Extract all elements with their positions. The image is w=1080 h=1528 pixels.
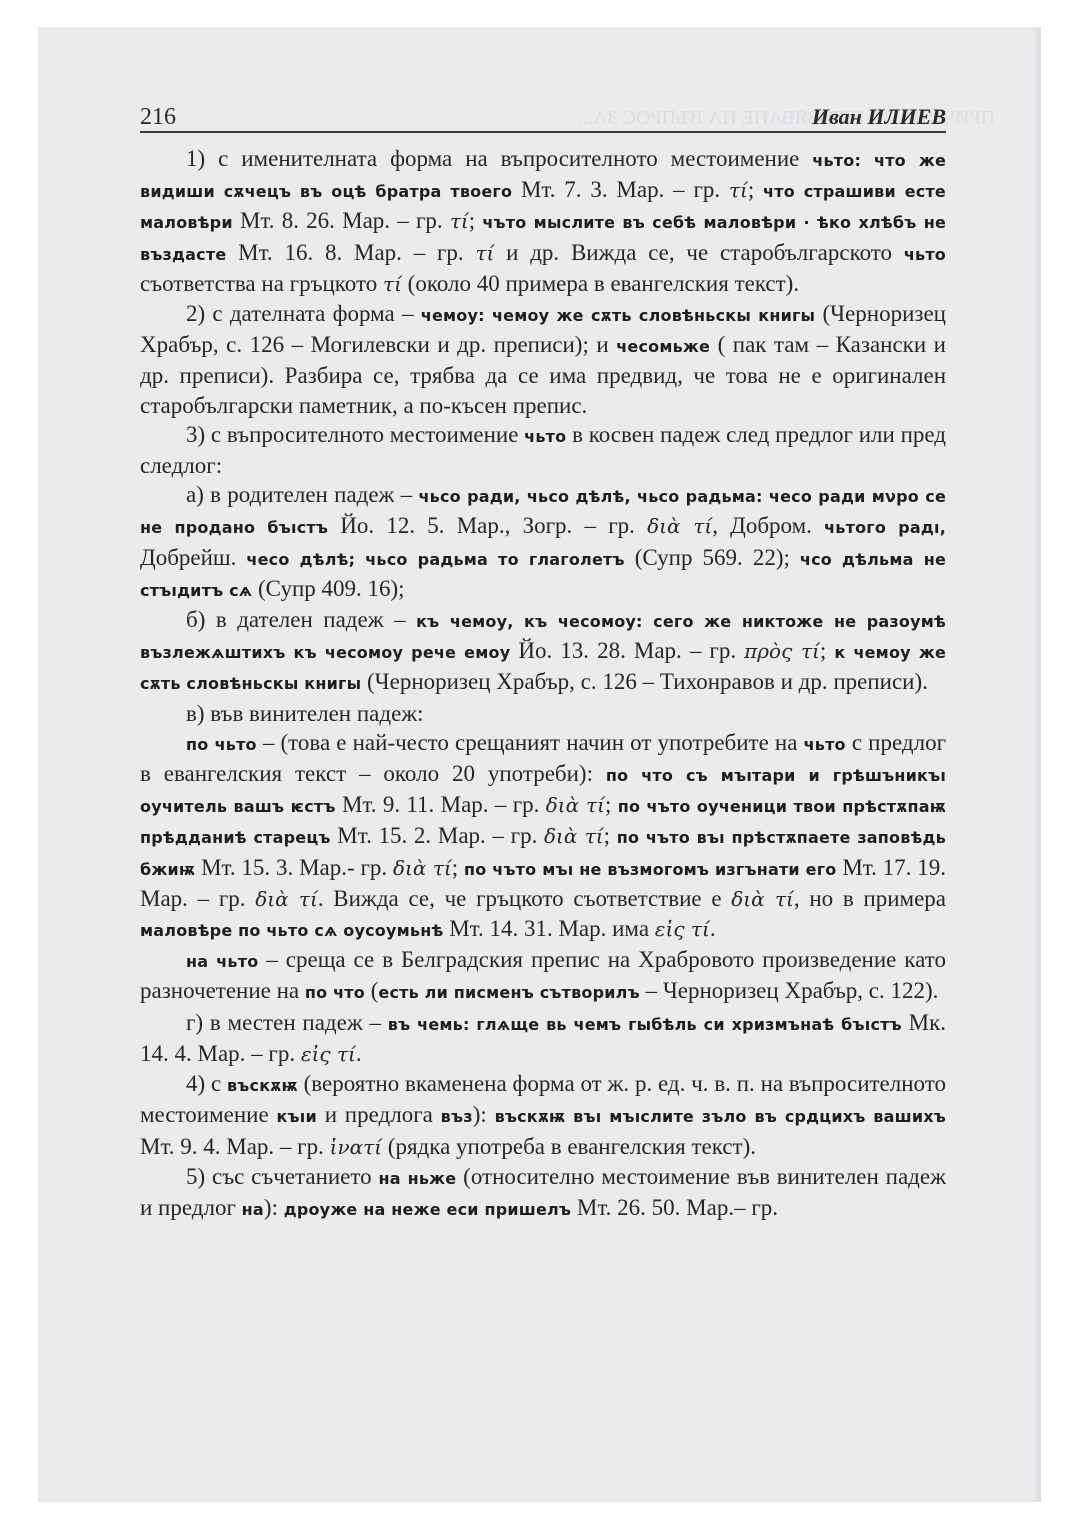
text-run: (рядка употреба в евангелския текст).: [382, 1134, 756, 1159]
old-bulgarian-quote: чемоу: чемоу же сѫть словѣньскы книгы: [421, 306, 815, 325]
text-run: Мт. 15. 3. Мар.- гр.: [195, 855, 393, 880]
text-run: 2) с дателната форма –: [186, 301, 421, 326]
page-number: 216: [140, 105, 176, 129]
greek-term: διὰ τί: [731, 887, 794, 911]
old-bulgarian-quote: по чьто: [186, 735, 257, 754]
text-run: б) в дателен падеж –: [186, 607, 416, 632]
greek-term: διὰ τί: [546, 793, 605, 817]
text-run: 1) с именителната форма на въпросителнот…: [186, 146, 812, 171]
greek-term: διὰ τί: [255, 887, 318, 911]
paragraph-3c: в) във винителен падеж:: [140, 699, 946, 728]
text-run: . Вижда се, че гръцкото съответствие е: [318, 886, 731, 911]
greek-term: τί: [450, 209, 469, 233]
text-run: Мт. 16. 8. Мар. – гр.: [226, 240, 475, 265]
text-run: Йо. 12. 5. Мар., Зогр. – гр.: [328, 513, 647, 538]
old-bulgarian-quote: есть ли писменъ сътворилъ: [378, 983, 639, 1002]
text-run: (Супр 409. 16);: [252, 576, 404, 601]
old-bulgarian-quote: въ чемь: глѧще вь чемъ гыбѣль си хризмън…: [388, 1015, 902, 1034]
text-run: Мт. 26. 50. Мар.– гр.: [571, 1195, 778, 1220]
text-run: ;: [452, 855, 464, 880]
author-name: Иван ИЛИЕВ: [812, 106, 946, 128]
old-bulgarian-quote: чесо дѣлѣ; чьсо радьма то глаголетъ: [246, 550, 624, 569]
text-run: ;: [469, 208, 483, 233]
old-bulgarian-quote: на чьто: [186, 952, 258, 971]
greek-term: εἰς τί: [655, 917, 710, 941]
text-run: в) във винителен падеж:: [186, 701, 424, 726]
text-run: – Черно­ризец Храбър, с. 122).: [640, 978, 939, 1003]
greek-term: διὰ τί: [393, 856, 452, 880]
old-bulgarian-quote: чьто:: [812, 151, 861, 170]
text-run: ):: [473, 1102, 495, 1127]
old-bulgarian-quote: маловѣре по чьто сѧ оусоумьнѣ: [140, 921, 443, 940]
text-run: Мт. 15. 2. Мар. – гр.: [331, 823, 544, 848]
text-run: Мт. 14. 31. Мар. има: [443, 916, 654, 941]
greek-term: διὰ τί: [544, 824, 604, 848]
paragraph-3c-po-chto: по чьто – (това е най-често срещаният на…: [140, 728, 946, 945]
old-bulgarian-quote: чьтого радı,: [824, 518, 946, 537]
running-head: 216 Иван ИЛИЕВ: [140, 101, 946, 133]
greek-term: εἰς τί: [301, 1042, 356, 1066]
text-run: ;: [605, 792, 618, 817]
body-text: 1) с именителната форма на въпросителнот…: [140, 144, 946, 1224]
text-run: Йо. 13. 28. Мар. – гр.: [510, 638, 744, 663]
greek-term: τί: [729, 178, 748, 202]
old-bulgarian-quote: чьто: [904, 245, 946, 264]
old-bulgarian-quote: въскѫѭ: [227, 1076, 298, 1095]
old-bulgarian-quote: въскѫѭ въı мъıслите зъло въ срдцихъ ваши…: [495, 1107, 946, 1126]
text-run: (: [365, 978, 378, 1003]
text-run: г) в местен падеж –: [186, 1010, 388, 1035]
text-run: 5) със съчетанието: [186, 1164, 378, 1189]
paragraph-4: 4) с въскѫѭ (вероятно вкаменена форма от…: [140, 1069, 946, 1162]
greek-term: ἱνατί: [330, 1135, 382, 1159]
paragraph-3b: б) в дателен падеж – къ чемоу, къ чесомо…: [140, 605, 946, 699]
text-run: Мт. 9. 11. Мар. – гр.: [336, 792, 546, 817]
old-bulgarian-quote: на: [242, 1200, 264, 1219]
paragraph-3c-na-chto: на чьто – среща се в Белградския препис …: [140, 945, 946, 1007]
text-run: [861, 146, 874, 171]
book-page: ПРИЧИНА ЗА ИЗРАЗЯВАНЕ НА ВЪПРОС ЗА... 21…: [38, 27, 1041, 1502]
text-run: съответства на гръцкото: [140, 271, 383, 296]
old-bulgarian-quote: по чъто мъı не възмогомъ изгънати его: [464, 860, 837, 879]
text-run: (Супр 569. 22);: [625, 545, 800, 570]
greek-term: διὰ τί: [647, 514, 712, 538]
old-bulgarian-quote: къıи: [277, 1107, 317, 1126]
old-bulgarian-quote: въз: [441, 1107, 473, 1126]
text-run: .: [710, 916, 716, 941]
text-run: 4) с: [186, 1071, 227, 1096]
text-run: , но в примера: [794, 886, 946, 911]
text-run: (около 40 приме­ра в евангелския текст).: [402, 271, 799, 296]
old-bulgarian-quote: по что: [305, 983, 365, 1002]
text-run: Мт. 9. 4. Мар. – гр.: [140, 1134, 330, 1159]
text-run: .: [356, 1041, 362, 1066]
old-bulgarian-quote: чьто: [524, 427, 566, 446]
text-run: ):: [264, 1195, 284, 1220]
text-run: и предлога: [317, 1102, 441, 1127]
text-run: 3) с въпросителното местоимение: [186, 422, 524, 447]
text-run: , Добром.: [712, 513, 824, 538]
text-run: Мт. 7. 3. Мар. – гр.: [512, 177, 729, 202]
paragraph-3a: а) в родителен падеж – чьсо ради, чьсо д…: [140, 480, 946, 605]
old-bulgarian-quote: дроуже на неже еси пришелъ: [284, 1200, 571, 1219]
text-run: – (това е най-често срещаният начин от у…: [257, 730, 804, 755]
old-bulgarian-quote: чесомьже: [616, 337, 710, 356]
paragraph-3: 3) с въпросителното местоимение чьто в к…: [140, 420, 946, 480]
text-run: и др. Вижда се, че старобългарското: [494, 240, 903, 265]
paragraph-2: 2) с дателната форма – чемоу: чемоу же с…: [140, 299, 946, 420]
text-run: ;: [820, 638, 834, 663]
greek-term: τί: [475, 241, 494, 265]
paragraph-1: 1) с именителната форма на въпросителнот…: [140, 144, 946, 299]
text-run: ;: [748, 177, 763, 202]
text-run: ;: [604, 823, 617, 848]
text-run: (Черноризец Храбър, с. 126 – Тихонравов …: [361, 669, 928, 694]
greek-term: τί: [383, 272, 402, 296]
old-bulgarian-quote: на ньже: [378, 1169, 456, 1188]
text-run: Мт. 8. 26. Мар. – гр.: [233, 208, 450, 233]
text-run: Добрейш.: [140, 545, 246, 570]
paragraph-3d: г) в местен падеж – въ чемь: глѧще вь че…: [140, 1008, 946, 1069]
old-bulgarian-quote: чьто: [804, 735, 846, 754]
greek-term: πρὸς τί: [744, 639, 820, 663]
paragraph-5: 5) със съчетанието на ньже (относително …: [140, 1162, 946, 1224]
text-run: а) в родителен падеж –: [186, 482, 418, 507]
